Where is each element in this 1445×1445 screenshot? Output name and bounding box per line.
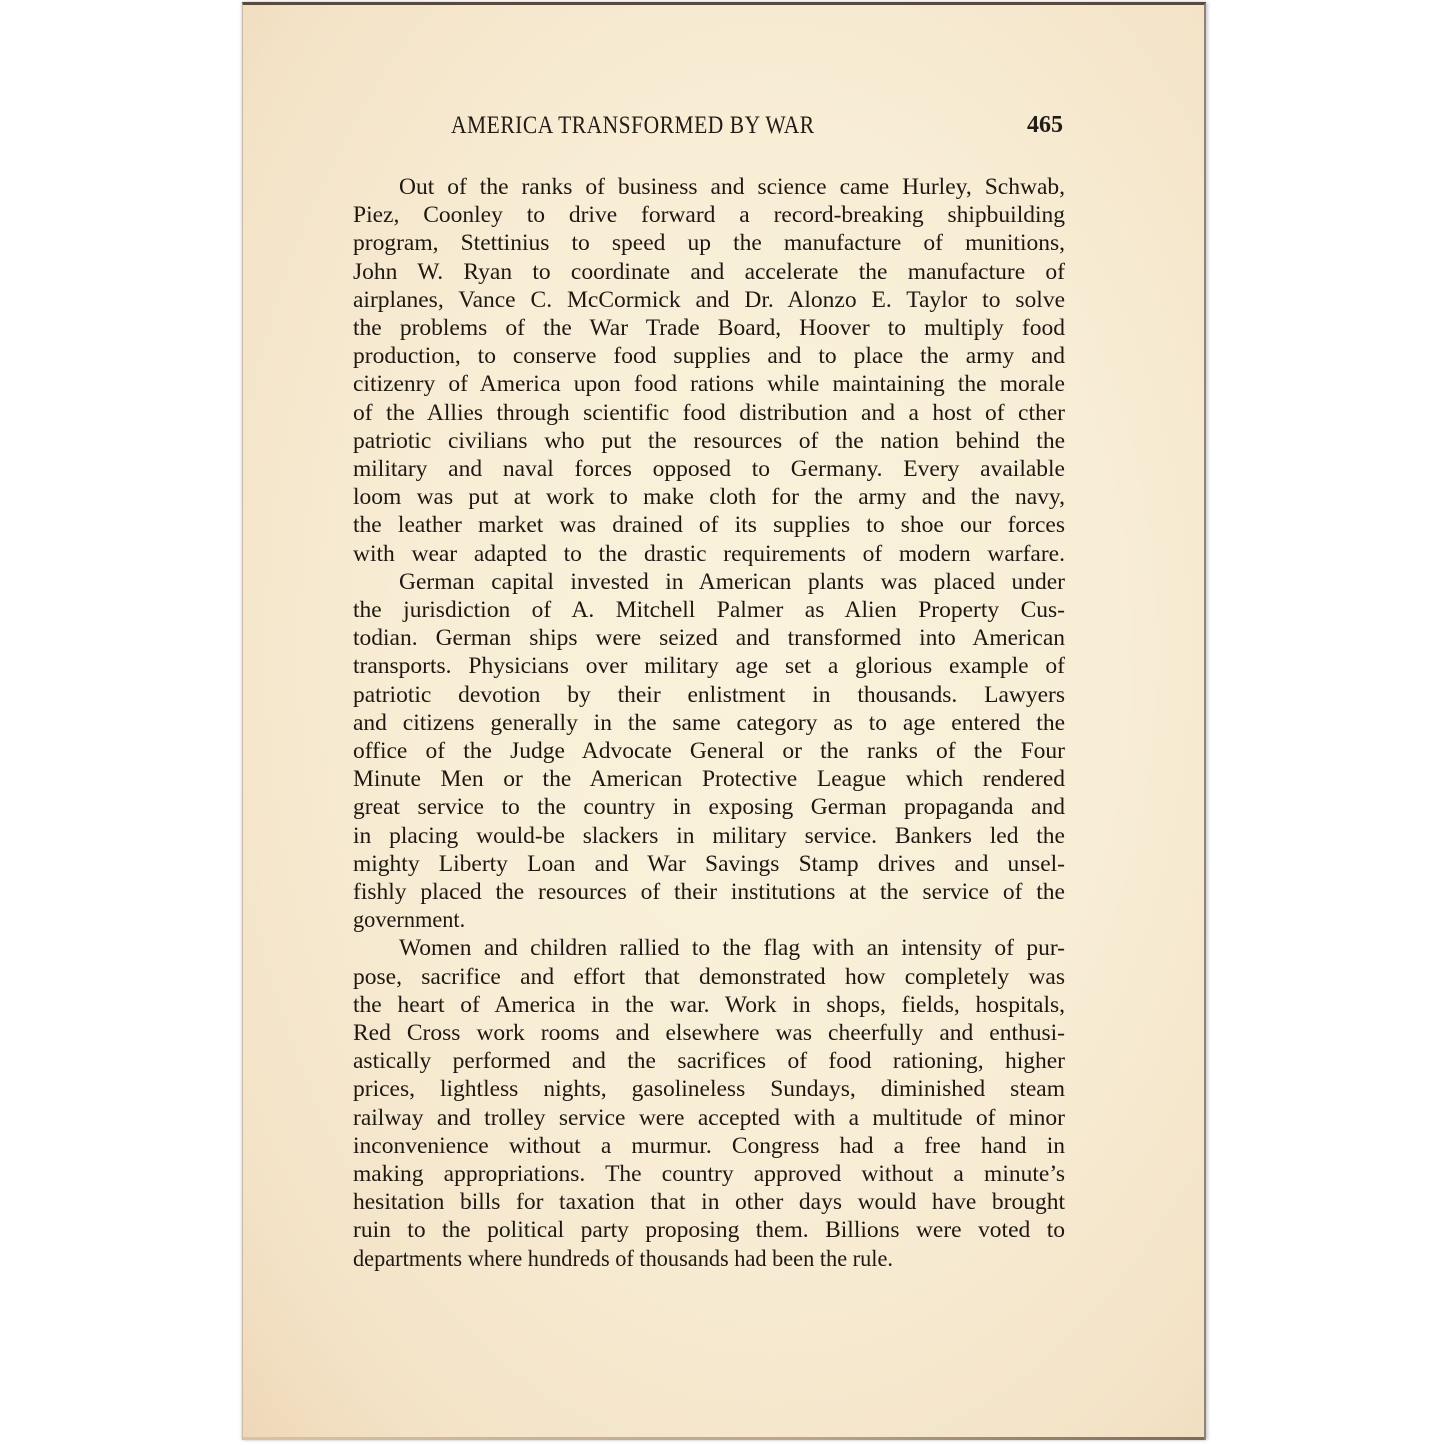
paragraph-3-line-4: Red Cross work rooms and elsewhere was c…: [353, 1019, 1065, 1047]
paragraph-3-line-8: inconvenience without a murmur. Congress…: [353, 1132, 1065, 1160]
paragraph-2-line-1: German capital invested in American plan…: [399, 568, 1065, 596]
paragraph-1-line-1: Out of the ranks of business and science…: [399, 173, 1065, 201]
paragraph-2-line-2: the jurisdiction of A. Mitchell Palmer a…: [353, 596, 1065, 624]
running-head-title: AMERICA TRANSFORMED BY WAR: [451, 112, 815, 140]
paragraph-2-line-10: in placing would-be slackers in military…: [353, 822, 1065, 850]
paragraph-2-line-4: transports. Physicians over military age…: [353, 652, 1065, 680]
paragraph-1-line-10: patriotic civilians who put the resource…: [353, 427, 1065, 455]
paragraph-2-line-13: government.: [353, 906, 471, 934]
paragraph-3-line-9: making appropriations. The country appro…: [353, 1160, 1065, 1188]
paragraph-3-line-2: pose, sacrifice and effort that demonstr…: [353, 963, 1065, 991]
page-number: 465: [1027, 112, 1063, 139]
paragraph-1-line-9: of the Allies through scientific food di…: [353, 399, 1065, 427]
paragraph-1-line-11: military and naval forces opposed to Ger…: [353, 455, 1065, 483]
paragraph-1-line-8: citizenry of America upon food rations w…: [353, 370, 1065, 398]
paragraph-1-line-2: Piez, Coonley to drive forward a record-…: [353, 201, 1065, 229]
paragraph-1-line-6: the problems of the War Trade Board, Hoo…: [353, 314, 1065, 342]
paragraph-1-line-3: program, Stettinius to speed up the manu…: [353, 229, 1065, 257]
paragraph-3-line-11: ruin to the political party proposing th…: [353, 1216, 1065, 1244]
paragraph-1-line-12: loom was put at work to make cloth for t…: [353, 483, 1065, 511]
paragraph-3-line-3: the heart of America in the war. Work in…: [353, 991, 1065, 1019]
paragraph-2-line-9: great service to the country in exposing…: [353, 793, 1065, 821]
paragraph-3-line-1: Women and children rallied to the flag w…: [399, 934, 1065, 962]
paragraph-3-line-12: departments where hundreds of thousands …: [353, 1245, 921, 1273]
paragraph-2-line-7: office of the Judge Advocate General or …: [353, 737, 1065, 765]
paragraph-3-line-10: hesitation bills for taxation that in ot…: [353, 1188, 1065, 1216]
paragraph-2-line-8: Minute Men or the American Protective Le…: [353, 765, 1065, 793]
paragraph-2-line-11: mighty Liberty Loan and War Savings Stam…: [353, 850, 1065, 878]
paragraph-1-line-5: airplanes, Vance C. McCormick and Dr. Al…: [353, 286, 1065, 314]
paragraph-1-line-13: the leather market was drained of its su…: [353, 511, 1065, 539]
paragraph-2-line-3: todian. German ships were seized and tra…: [353, 624, 1065, 652]
book-page: AMERICA TRANSFORMED BY WAR 465 Out of th…: [242, 2, 1206, 1440]
paragraph-1-line-7: production, to conserve food supplies an…: [353, 342, 1065, 370]
paragraph-2-line-6: and citizens generally in the same categ…: [353, 709, 1065, 737]
paragraph-3-line-6: prices, lightless nights, gasolineless S…: [353, 1075, 1065, 1103]
scanned-page-background: AMERICA TRANSFORMED BY WAR 465 Out of th…: [0, 0, 1445, 1445]
paragraph-1-line-4: John W. Ryan to coordinate and accelerat…: [353, 258, 1065, 286]
paragraph-2-line-5: patriotic devotion by their enlistment i…: [353, 681, 1065, 709]
paragraph-3-line-5: astically performed and the sacrifices o…: [353, 1047, 1065, 1075]
paragraph-1-line-14: with wear adapted to the drastic require…: [353, 540, 1065, 568]
running-head: AMERICA TRANSFORMED BY WAR 465: [451, 112, 1063, 142]
paragraph-3-line-7: railway and trolley service were accepte…: [353, 1104, 1065, 1132]
paragraph-2-line-12: fishly placed the resources of their ins…: [353, 878, 1065, 906]
